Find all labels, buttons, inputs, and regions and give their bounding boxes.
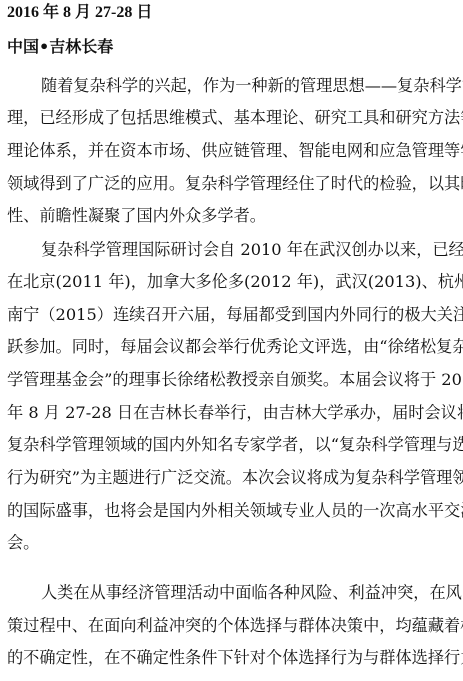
text-line: 南宁（2015）连续召开六届，每届都受到国内外同行的极大关注和踊: [7, 305, 459, 325]
text-line: 随着复杂科学的兴起，作为一种新的管理思想——复杂科学管: [41, 76, 459, 96]
text-line: 性、前瞻性凝聚了国内外众多学者。: [7, 206, 459, 226]
text-line: 行为研究”为主题进行广泛交流。本次会议将成为复杂科学管理领域: [7, 468, 459, 488]
text-line: 的不确定性，在不确定性条件下针对个体选择行为与群体选择行为的: [7, 648, 459, 668]
text-line: 理论体系，并在资本市场、供应链管理、智能电网和应急管理等学术: [7, 141, 459, 161]
text-line: 领域得到了广泛的应用。复杂科学管理经住了时代的检验，以其时代: [7, 174, 459, 194]
text-line: 复杂科学管理国际研讨会自 2010 年在武汉创办以来，已经先后: [41, 240, 459, 260]
text-line: 在北京(2011 年)，加拿大多伦多(2012 年)，武汉(2013)、杭州(2…: [7, 272, 459, 292]
text-line: 会。: [7, 533, 459, 553]
text-line: 跃参加。同时，每届会议都会举行优秀论文评选，由“徐绪松复杂科: [7, 337, 459, 357]
text-line: 理，已经形成了包括思维模式、基本理论、研究工具和研究方法等的: [7, 108, 459, 128]
text-line: 学管理基金会”的理事长徐绪松教授亲自颁奖。本届会议将于 2016: [7, 370, 459, 390]
text-line: 策过程中、在面向利益冲突的个体选择与群体决策中，均蕴藏着极大: [7, 616, 459, 636]
text-line: 年 8 月 27-28 日在吉林长春举行，由吉林大学承办，届时会议将邀请: [7, 403, 459, 423]
text-line: 复杂科学管理领域的国内外知名专家学者，以“复杂科学管理与选择: [7, 435, 459, 455]
conference-location: 中国•吉林长春: [7, 37, 113, 57]
text-line: 人类在从事经济管理活动中面临各种风险、利益冲突，在风险决: [41, 583, 459, 603]
conference-date: 2016 年 8 月 27-28 日: [7, 3, 152, 23]
text-line: 的国际盛事，也将会是国内外相关领域专业人员的一次高水平交流机: [7, 501, 459, 521]
